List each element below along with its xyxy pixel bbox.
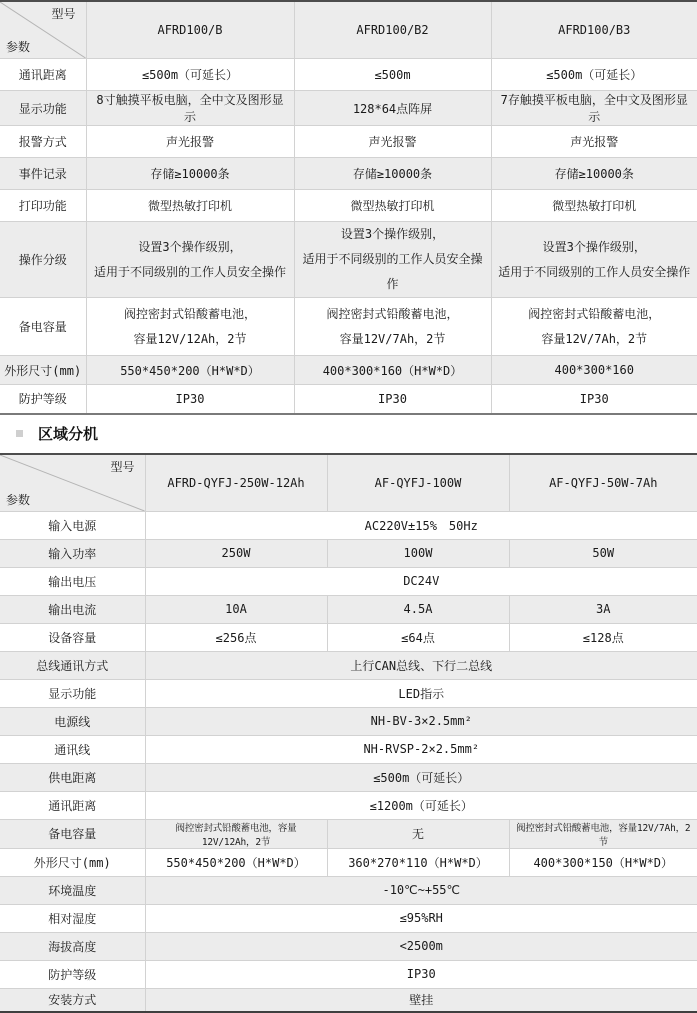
table-row: 备电容量 阀控密封式铅酸蓄电池，容量12V/12Ah，2节 无 阀控密封式铅酸蓄… — [0, 819, 697, 848]
table-row: 外形尺寸(mm) 550*450*200（H*W*D） 360*270*110（… — [0, 848, 697, 876]
table-cell: ≤1200m（可延长） — [145, 791, 697, 819]
table-row: 通讯距离 ≤1200m（可延长） — [0, 791, 697, 819]
table-cell: 550*450*200（H*W*D） — [145, 848, 327, 876]
table-cell: ≤256点 — [145, 623, 327, 651]
table-row: 输出电压 DC24V — [0, 567, 697, 595]
table-row: 操作分级 设置3个操作级别， 适用于不同级别的工作人员安全操作 设置3个操作级别… — [0, 222, 697, 298]
row-label: 防护等级 — [0, 385, 86, 414]
section-title: 区域分机 — [38, 423, 98, 444]
table-cell: 阀控密封式铅酸蓄电池， 容量12V/7Ah，2节 — [294, 298, 491, 356]
table-cell: 8寸触摸平板电脑，全中文及图形显示 — [86, 91, 294, 126]
table-cell: ≤500m（可延长） — [491, 59, 697, 91]
row-label: 报警方式 — [0, 126, 86, 158]
row-label: 备电容量 — [0, 298, 86, 356]
table-cell: ≤500m — [294, 59, 491, 91]
table-cell: 360*270*110（H*W*D） — [327, 848, 509, 876]
table-cell: 4.5A — [327, 595, 509, 623]
table-cell: 设置3个操作级别， 适用于不同级别的工作人员安全操作 — [491, 222, 697, 298]
row-label: 防护等级 — [0, 960, 145, 988]
table-cell: 声光报警 — [491, 126, 697, 158]
row-label: 输出电流 — [0, 595, 145, 623]
table-cell: IP30 — [294, 385, 491, 414]
row-label: 总线通讯方式 — [0, 651, 145, 679]
table-row: 显示功能 8寸触摸平板电脑，全中文及图形显示 128*64点阵屏 7存触摸平板电… — [0, 91, 697, 126]
table-cell: 阀控密封式铅酸蓄电池， 容量12V/7Ah，2节 — [491, 298, 697, 356]
column-header: AFRD-QYFJ-250W-12Ah — [145, 454, 327, 512]
table-row: 相对湿度 ≤95%RH — [0, 904, 697, 932]
table-cell: 250W — [145, 539, 327, 567]
table-row: 打印功能 微型热敏打印机 微型热敏打印机 微型热敏打印机 — [0, 190, 697, 222]
row-label: 显示功能 — [0, 91, 86, 126]
table-cell: -10℃~+55℃ — [145, 876, 697, 904]
row-label: 安装方式 — [0, 988, 145, 1012]
row-label: 电源线 — [0, 707, 145, 735]
table-cell: 微型热敏打印机 — [491, 190, 697, 222]
table-cell: 上行CAN总线、下行二总线 — [145, 651, 697, 679]
table-cell: IP30 — [86, 385, 294, 414]
section-bullet-icon — [16, 430, 23, 437]
row-label: 事件记录 — [0, 158, 86, 190]
table-cell: 阀控密封式铅酸蓄电池，容量12V/12Ah，2节 — [145, 819, 327, 848]
table-row: 输入电源 AC220V±15% 50Hz — [0, 511, 697, 539]
table-cell: 存储≥10000条 — [294, 158, 491, 190]
table-cell: 10A — [145, 595, 327, 623]
table-cell: 7存触摸平板电脑，全中文及图形显示 — [491, 91, 697, 126]
table-cell: NH-RVSP-2×2.5mm² — [145, 735, 697, 763]
table-row: 防护等级 IP30 IP30 IP30 — [0, 385, 697, 414]
table-cell: ≤500m（可延长） — [145, 763, 697, 791]
table-cell: 微型热敏打印机 — [294, 190, 491, 222]
corner-header-cell: 型号 参数 — [0, 1, 86, 59]
corner-label-parameter: 参数 — [6, 38, 30, 55]
row-label: 输出电压 — [0, 567, 145, 595]
row-label: 设备容量 — [0, 623, 145, 651]
table-cell: ≤64点 — [327, 623, 509, 651]
table-cell: ≤128点 — [509, 623, 697, 651]
table-row: 事件记录 存储≥10000条 存储≥10000条 存储≥10000条 — [0, 158, 697, 190]
corner-label-model: 型号 — [110, 458, 134, 475]
table-cell: 声光报警 — [86, 126, 294, 158]
table-row: 设备容量 ≤256点 ≤64点 ≤128点 — [0, 623, 697, 651]
corner-label-model: 型号 — [51, 5, 75, 22]
row-label: 打印功能 — [0, 190, 86, 222]
table-row: 通讯线 NH-RVSP-2×2.5mm² — [0, 735, 697, 763]
table-row: 供电距离 ≤500m（可延长） — [0, 763, 697, 791]
table-cell: ≤95%RH — [145, 904, 697, 932]
table-cell: 设置3个操作级别， 适用于不同级别的工作人员安全操作 — [86, 222, 294, 298]
row-label: 相对湿度 — [0, 904, 145, 932]
table-cell: 400*300*160 — [491, 356, 697, 385]
table-row: 海拔高度 <2500m — [0, 932, 697, 960]
table-cell: IP30 — [145, 960, 697, 988]
table-cell: 设置3个操作级别， 适用于不同级别的工作人员安全操作 — [294, 222, 491, 298]
row-label: 海拔高度 — [0, 932, 145, 960]
table-cell: LED指示 — [145, 679, 697, 707]
table-cell: 存储≥10000条 — [491, 158, 697, 190]
row-label: 显示功能 — [0, 679, 145, 707]
table-row: 报警方式 声光报警 声光报警 声光报警 — [0, 126, 697, 158]
table-row: 电源线 NH-BV-3×2.5mm² — [0, 707, 697, 735]
zone-extension-spec-table: 型号 参数 AFRD-QYFJ-250W-12Ah AF-QYFJ-100W A… — [0, 453, 697, 1013]
table-cell: 阀控密封式铅酸蓄电池， 容量12V/12Ah，2节 — [86, 298, 294, 356]
table-row: 输入功率 250W 100W 50W — [0, 539, 697, 567]
section-heading: 区域分机 — [0, 415, 697, 453]
table-cell: 壁挂 — [145, 988, 697, 1012]
table-cell: <2500m — [145, 932, 697, 960]
row-label: 供电距离 — [0, 763, 145, 791]
row-label: 通讯距离 — [0, 59, 86, 91]
column-header: AFRD100/B3 — [491, 1, 697, 59]
table-cell: ≤500m（可延长） — [86, 59, 294, 91]
table-cell: IP30 — [491, 385, 697, 414]
table-row: 环境温度 -10℃~+55℃ — [0, 876, 697, 904]
table-cell: 阀控密封式铅酸蓄电池，容量12V/7Ah，2节 — [509, 819, 697, 848]
table-cell: DC24V — [145, 567, 697, 595]
table-cell: 3A — [509, 595, 697, 623]
row-label: 输入功率 — [0, 539, 145, 567]
table-cell: 400*300*160（H*W*D） — [294, 356, 491, 385]
table-row: 显示功能 LED指示 — [0, 679, 697, 707]
row-label: 备电容量 — [0, 819, 145, 848]
main-unit-spec-table: 型号 参数 AFRD100/B AFRD100/B2 AFRD100/B3 通讯… — [0, 0, 697, 415]
column-header: AF-QYFJ-100W — [327, 454, 509, 512]
corner-label-parameter: 参数 — [6, 491, 30, 508]
corner-header-cell: 型号 参数 — [0, 454, 145, 512]
table-cell: 400*300*150（H*W*D） — [509, 848, 697, 876]
table-row: 备电容量 阀控密封式铅酸蓄电池， 容量12V/12Ah，2节 阀控密封式铅酸蓄电… — [0, 298, 697, 356]
table-cell: 128*64点阵屏 — [294, 91, 491, 126]
column-header: AFRD100/B — [86, 1, 294, 59]
table-row: 型号 参数 AFRD-QYFJ-250W-12Ah AF-QYFJ-100W A… — [0, 454, 697, 512]
column-header: AF-QYFJ-50W-7Ah — [509, 454, 697, 512]
row-label: 通讯距离 — [0, 791, 145, 819]
table-cell: 微型热敏打印机 — [86, 190, 294, 222]
table-cell: 声光报警 — [294, 126, 491, 158]
table-row: 通讯距离 ≤500m（可延长） ≤500m ≤500m（可延长） — [0, 59, 697, 91]
table-cell: 存储≥10000条 — [86, 158, 294, 190]
table-row: 外形尺寸(mm) 550*450*200（H*W*D） 400*300*160（… — [0, 356, 697, 385]
row-label: 外形尺寸(mm) — [0, 356, 86, 385]
table-row: 输出电流 10A 4.5A 3A — [0, 595, 697, 623]
table-cell: AC220V±15% 50Hz — [145, 511, 697, 539]
table-row: 防护等级 IP30 — [0, 960, 697, 988]
table-cell: 50W — [509, 539, 697, 567]
column-header: AFRD100/B2 — [294, 1, 491, 59]
table-row: 型号 参数 AFRD100/B AFRD100/B2 AFRD100/B3 — [0, 1, 697, 59]
table-row: 安装方式 壁挂 — [0, 988, 697, 1012]
row-label: 操作分级 — [0, 222, 86, 298]
row-label: 环境温度 — [0, 876, 145, 904]
table-cell: NH-BV-3×2.5mm² — [145, 707, 697, 735]
row-label: 外形尺寸(mm) — [0, 848, 145, 876]
table-cell: 无 — [327, 819, 509, 848]
table-cell: 100W — [327, 539, 509, 567]
row-label: 通讯线 — [0, 735, 145, 763]
table-cell: 550*450*200（H*W*D） — [86, 356, 294, 385]
table-row: 总线通讯方式 上行CAN总线、下行二总线 — [0, 651, 697, 679]
row-label: 输入电源 — [0, 511, 145, 539]
